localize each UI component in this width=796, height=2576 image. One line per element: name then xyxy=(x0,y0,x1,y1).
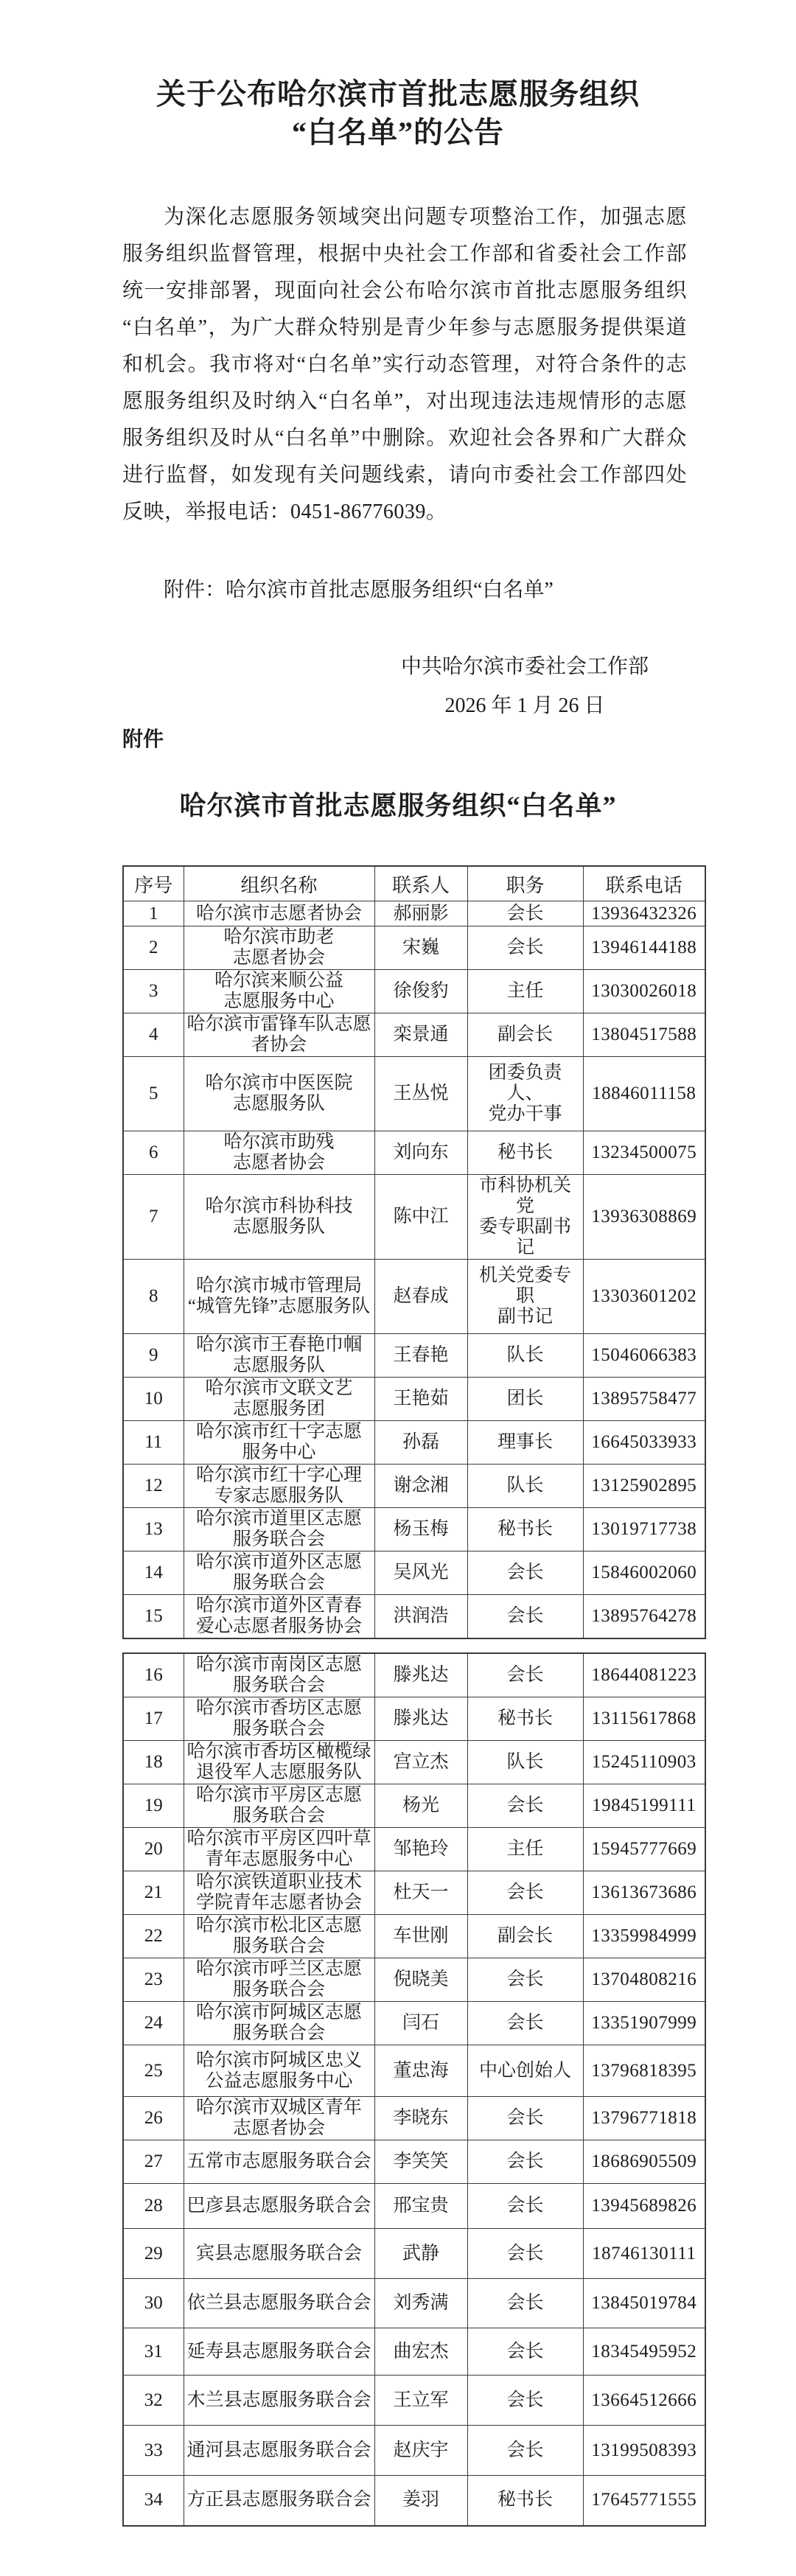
table-row: 3哈尔滨来顺公益 志愿服务中心徐俊豹主任13030026018 xyxy=(123,970,705,1013)
cell-contact: 王丛悦 xyxy=(374,1057,467,1131)
table-row: 2哈尔滨市助老 志愿者协会宋巍会长13946144188 xyxy=(123,926,705,970)
cell-contact: 宫立杰 xyxy=(374,1741,467,1784)
table-row: 27五常市志愿服务联合会李笑笑会长18686905509 xyxy=(123,2140,705,2184)
cell-contact: 宋巍 xyxy=(374,926,467,970)
table-row: 13哈尔滨市道里区志愿 服务联合会杨玉梅秘书长13019717738 xyxy=(123,1508,705,1551)
signature-block: 中共哈尔滨市委社会工作部 2026 年 1 月 26 日 xyxy=(401,647,649,725)
cell-phone: 13945689826 xyxy=(583,2184,705,2229)
cell-position: 会长 xyxy=(467,926,583,970)
cell-phone: 13125902895 xyxy=(583,1465,705,1508)
cell-contact: 姜羽 xyxy=(374,2476,467,2526)
cell-contact: 滕兆达 xyxy=(374,1653,467,1697)
cell-position: 会长 xyxy=(467,1653,583,1697)
cell-phone: 13796771818 xyxy=(583,2097,705,2140)
cell-phone: 15245110903 xyxy=(583,1741,705,1784)
cell-org: 哈尔滨市道外区青春 爱心志愿者服务协会 xyxy=(184,1595,374,1639)
attachment-label: 附件 xyxy=(122,727,796,752)
cell-position: 会长 xyxy=(467,2328,583,2376)
cell-phone: 16645033933 xyxy=(583,1421,705,1465)
cell-no: 7 xyxy=(123,1175,184,1260)
cell-no: 25 xyxy=(123,2045,184,2097)
cell-org: 哈尔滨市科协科技 志愿服务队 xyxy=(184,1175,374,1260)
cell-no: 17 xyxy=(123,1697,184,1741)
cell-contact: 栾景通 xyxy=(374,1013,467,1057)
cell-org: 宾县志愿服务联合会 xyxy=(184,2229,374,2279)
cell-phone: 13895758477 xyxy=(583,1378,705,1421)
cell-phone: 13030026018 xyxy=(583,970,705,1013)
cell-org: 方正县志愿服务联合会 xyxy=(184,2476,374,2526)
cell-phone: 13946144188 xyxy=(583,926,705,970)
cell-no: 9 xyxy=(123,1334,184,1378)
cell-org: 哈尔滨市道外区志愿 服务联合会 xyxy=(184,1551,374,1595)
cell-position: 副会长 xyxy=(467,1013,583,1057)
cell-no: 33 xyxy=(123,2426,184,2476)
whitelist-table-part-1: 序号组织名称联系人职务联系电话 1哈尔滨市志愿者协会郝丽影会长139364323… xyxy=(122,865,706,1639)
cell-no: 22 xyxy=(123,1915,184,1958)
header-position: 职务 xyxy=(467,866,583,901)
cell-org: 哈尔滨市平房区志愿 服务联合会 xyxy=(184,1784,374,1828)
cell-no: 3 xyxy=(123,970,184,1013)
table-row: 10哈尔滨市文联文艺 志愿服务团王艳茹团长13895758477 xyxy=(123,1378,705,1421)
table-row: 17哈尔滨市香坊区志愿 服务联合会滕兆达秘书长13115617868 xyxy=(123,1697,705,1741)
cell-org: 哈尔滨市双城区青年 志愿者协会 xyxy=(184,2097,374,2140)
attachment-reference: 附件：哈尔滨市首批志愿服务组织“白名单” xyxy=(122,572,687,609)
cell-contact: 谢念湘 xyxy=(374,1465,467,1508)
cell-contact: 刘秀满 xyxy=(374,2279,467,2328)
cell-no: 24 xyxy=(123,2002,184,2045)
table-row: 29宾县志愿服务联合会武静会长18746130111 xyxy=(123,2229,705,2279)
cell-contact: 王春艳 xyxy=(374,1334,467,1378)
cell-phone: 13613673686 xyxy=(583,1871,705,1915)
cell-org: 哈尔滨市红十字志愿 服务中心 xyxy=(184,1421,374,1465)
cell-org: 哈尔滨市南岗区志愿 服务联合会 xyxy=(184,1653,374,1697)
cell-org: 哈尔滨市中医医院 志愿服务队 xyxy=(184,1057,374,1131)
header-phone: 联系电话 xyxy=(583,866,705,901)
cell-no: 12 xyxy=(123,1465,184,1508)
cell-contact: 杨玉梅 xyxy=(374,1508,467,1551)
title-line-1: 关于公布哈尔滨市首批志愿服务组织 xyxy=(0,75,796,114)
cell-org: 延寿县志愿服务联合会 xyxy=(184,2328,374,2376)
table-header-row: 序号组织名称联系人职务联系电话 xyxy=(123,866,705,901)
cell-position: 秘书长 xyxy=(467,1131,583,1175)
cell-phone: 13664512666 xyxy=(583,2376,705,2426)
cell-position: 主任 xyxy=(467,1828,583,1871)
cell-no: 30 xyxy=(123,2279,184,2328)
cell-no: 8 xyxy=(123,1260,184,1334)
table-row: 1哈尔滨市志愿者协会郝丽影会长13936432326 xyxy=(123,901,705,926)
cell-phone: 13936308869 xyxy=(583,1175,705,1260)
document-page: 关于公布哈尔滨市首批志愿服务组织 “白名单”的公告 为深化志愿服务领域突出问题专… xyxy=(0,0,796,2576)
cell-contact: 洪润浩 xyxy=(374,1595,467,1639)
cell-position: 会长 xyxy=(467,2376,583,2426)
table-row: 25哈尔滨市阿城区忠义 公益志愿服务中心董忠海中心创始人13796818395 xyxy=(123,2045,705,2097)
table-row: 22哈尔滨市松北区志愿 服务联合会车世刚副会长13359984999 xyxy=(123,1915,705,1958)
cell-phone: 13895764278 xyxy=(583,1595,705,1639)
cell-phone: 18846011158 xyxy=(583,1057,705,1131)
cell-position: 秘书长 xyxy=(467,1697,583,1741)
cell-phone: 13936432326 xyxy=(583,901,705,926)
cell-no: 26 xyxy=(123,2097,184,2140)
cell-position: 会长 xyxy=(467,2002,583,2045)
cell-position: 秘书长 xyxy=(467,1508,583,1551)
cell-org: 哈尔滨市香坊区橄榄绿 退役军人志愿服务队 xyxy=(184,1741,374,1784)
cell-phone: 17645771555 xyxy=(583,2476,705,2526)
table-row: 18哈尔滨市香坊区橄榄绿 退役军人志愿服务队宫立杰队长15245110903 xyxy=(123,1741,705,1784)
cell-org: 哈尔滨市呼兰区志愿 服务联合会 xyxy=(184,1958,374,2002)
cell-no: 10 xyxy=(123,1378,184,1421)
cell-org: 哈尔滨来顺公益 志愿服务中心 xyxy=(184,970,374,1013)
table-title: 哈尔滨市首批志愿服务组织“白名单” xyxy=(0,789,796,823)
table-row: 5哈尔滨市中医医院 志愿服务队王丛悦团委负责人、 党办干事18846011158 xyxy=(123,1057,705,1131)
cell-no: 28 xyxy=(123,2184,184,2229)
cell-contact: 郝丽影 xyxy=(374,901,467,926)
cell-org: 哈尔滨市阿城区忠义 公益志愿服务中心 xyxy=(184,2045,374,2097)
cell-phone: 15046066383 xyxy=(583,1334,705,1378)
cell-no: 29 xyxy=(123,2229,184,2279)
cell-org: 哈尔滨市城市管理局 “城管先锋”志愿服务队 xyxy=(184,1260,374,1334)
cell-phone: 18686905509 xyxy=(583,2140,705,2184)
table-row: 28巴彦县志愿服务联合会邢宝贵会长13945689826 xyxy=(123,2184,705,2229)
cell-org: 哈尔滨市王春艳巾帼 志愿服务队 xyxy=(184,1334,374,1378)
cell-position: 会长 xyxy=(467,2426,583,2476)
cell-org: 哈尔滨市平房区四叶草 青年志愿服务中心 xyxy=(184,1828,374,1871)
cell-no: 23 xyxy=(123,1958,184,2002)
cell-org: 哈尔滨市香坊区志愿 服务联合会 xyxy=(184,1697,374,1741)
cell-contact: 董忠海 xyxy=(374,2045,467,2097)
cell-position: 中心创始人 xyxy=(467,2045,583,2097)
cell-contact: 邹艳玲 xyxy=(374,1828,467,1871)
cell-org: 哈尔滨铁道职业技术 学院青年志愿者协会 xyxy=(184,1871,374,1915)
cell-position: 会长 xyxy=(467,1958,583,2002)
cell-contact: 孙磊 xyxy=(374,1421,467,1465)
cell-position: 会长 xyxy=(467,2229,583,2279)
cell-no: 18 xyxy=(123,1741,184,1784)
table-row: 21哈尔滨铁道职业技术 学院青年志愿者协会杜天一会长13613673686 xyxy=(123,1871,705,1915)
cell-position: 队长 xyxy=(467,1334,583,1378)
cell-contact: 刘向东 xyxy=(374,1131,467,1175)
cell-org: 哈尔滨市助老 志愿者协会 xyxy=(184,926,374,970)
cell-phone: 13796818395 xyxy=(583,2045,705,2097)
cell-no: 4 xyxy=(123,1013,184,1057)
cell-contact: 杜天一 xyxy=(374,1871,467,1915)
cell-contact: 吴风光 xyxy=(374,1551,467,1595)
cell-no: 6 xyxy=(123,1131,184,1175)
header-no: 序号 xyxy=(123,866,184,901)
header-org: 组织名称 xyxy=(184,866,374,901)
table-row: 14哈尔滨市道外区志愿 服务联合会吴风光会长15846002060 xyxy=(123,1551,705,1595)
cell-position: 队长 xyxy=(467,1741,583,1784)
cell-contact: 车世刚 xyxy=(374,1915,467,1958)
table-row: 8哈尔滨市城市管理局 “城管先锋”志愿服务队赵春成机关党委专职 副书记13303… xyxy=(123,1260,705,1334)
cell-position: 副会长 xyxy=(467,1915,583,1958)
cell-no: 5 xyxy=(123,1057,184,1131)
cell-contact: 王立军 xyxy=(374,2376,467,2426)
cell-phone: 13845019784 xyxy=(583,2279,705,2328)
cell-position: 会长 xyxy=(467,1595,583,1639)
cell-contact: 赵庆宇 xyxy=(374,2426,467,2476)
cell-position: 会长 xyxy=(467,1551,583,1595)
cell-phone: 18345495952 xyxy=(583,2328,705,2376)
table-row: 4哈尔滨市雷锋车队志愿 者协会栾景通副会长13804517588 xyxy=(123,1013,705,1057)
cell-position: 秘书长 xyxy=(467,2476,583,2526)
cell-no: 11 xyxy=(123,1421,184,1465)
cell-org: 哈尔滨市雷锋车队志愿 者协会 xyxy=(184,1013,374,1057)
cell-position: 团长 xyxy=(467,1378,583,1421)
cell-position: 团委负责人、 党办干事 xyxy=(467,1057,583,1131)
cell-position: 队长 xyxy=(467,1465,583,1508)
cell-contact: 赵春成 xyxy=(374,1260,467,1334)
table-row: 31延寿县志愿服务联合会曲宏杰会长18345495952 xyxy=(123,2328,705,2376)
table-row: 24哈尔滨市阿城区志愿 服务联合会闫石会长13351907999 xyxy=(123,2002,705,2045)
cell-org: 哈尔滨市志愿者协会 xyxy=(184,901,374,926)
cell-phone: 13199508393 xyxy=(583,2426,705,2476)
cell-org: 哈尔滨市红十字心理 专家志愿服务队 xyxy=(184,1465,374,1508)
cell-no: 15 xyxy=(123,1595,184,1639)
cell-no: 19 xyxy=(123,1784,184,1828)
table-row: 7哈尔滨市科协科技 志愿服务队陈中江市科协机关党 委专职副书记139363088… xyxy=(123,1175,705,1260)
cell-contact: 李晓东 xyxy=(374,2097,467,2140)
cell-position: 会长 xyxy=(467,1871,583,1915)
issuer-name: 中共哈尔滨市委社会工作部 xyxy=(401,647,649,686)
cell-position: 会长 xyxy=(467,2279,583,2328)
table-row: 6哈尔滨市助残 志愿者协会刘向东秘书长13234500075 xyxy=(123,1131,705,1175)
cell-position: 会长 xyxy=(467,2184,583,2229)
cell-phone: 13351907999 xyxy=(583,2002,705,2045)
cell-no: 14 xyxy=(123,1551,184,1595)
cell-no: 27 xyxy=(123,2140,184,2184)
cell-org: 依兰县志愿服务联合会 xyxy=(184,2279,374,2328)
cell-org: 哈尔滨市文联文艺 志愿服务团 xyxy=(184,1378,374,1421)
cell-position: 理事长 xyxy=(467,1421,583,1465)
cell-position: 会长 xyxy=(467,2097,583,2140)
cell-org: 通河县志愿服务联合会 xyxy=(184,2426,374,2476)
cell-phone: 13115617868 xyxy=(583,1697,705,1741)
table-row: 32木兰县志愿服务联合会王立军会长13664512666 xyxy=(123,2376,705,2426)
cell-contact: 闫石 xyxy=(374,2002,467,2045)
cell-org: 哈尔滨市助残 志愿者协会 xyxy=(184,1131,374,1175)
table-header-row: 序号组织名称联系人职务联系电话 xyxy=(123,866,705,901)
table-row: 33通河县志愿服务联合会赵庆宇会长13199508393 xyxy=(123,2426,705,2476)
cell-phone: 13019717738 xyxy=(583,1508,705,1551)
table-row: 9哈尔滨市王春艳巾帼 志愿服务队王春艳队长15046066383 xyxy=(123,1334,705,1378)
cell-no: 31 xyxy=(123,2328,184,2376)
issue-date: 2026 年 1 月 26 日 xyxy=(401,686,649,725)
cell-contact: 王艳茹 xyxy=(374,1378,467,1421)
cell-contact: 曲宏杰 xyxy=(374,2328,467,2376)
table-row: 15哈尔滨市道外区青春 爱心志愿者服务协会洪润浩会长13895764278 xyxy=(123,1595,705,1639)
table-row: 11哈尔滨市红十字志愿 服务中心孙磊理事长16645033933 xyxy=(123,1421,705,1465)
title-line-2: “白名单”的公告 xyxy=(0,114,796,152)
cell-phone: 13804517588 xyxy=(583,1013,705,1057)
cell-no: 34 xyxy=(123,2476,184,2526)
cell-phone: 13704808216 xyxy=(583,1958,705,2002)
cell-no: 21 xyxy=(123,1871,184,1915)
cell-no: 2 xyxy=(123,926,184,970)
cell-contact: 杨光 xyxy=(374,1784,467,1828)
table-row: 23哈尔滨市呼兰区志愿 服务联合会倪晓美会长13704808216 xyxy=(123,1958,705,2002)
cell-position: 会长 xyxy=(467,1784,583,1828)
cell-phone: 18644081223 xyxy=(583,1653,705,1697)
cell-no: 20 xyxy=(123,1828,184,1871)
cell-no: 32 xyxy=(123,2376,184,2426)
table-row: 26哈尔滨市双城区青年 志愿者协会李晓东会长13796771818 xyxy=(123,2097,705,2140)
table-row: 19哈尔滨市平房区志愿 服务联合会杨光会长19845199111 xyxy=(123,1784,705,1828)
cell-phone: 15945777669 xyxy=(583,1828,705,1871)
cell-position: 市科协机关党 委专职副书记 xyxy=(467,1175,583,1260)
cell-phone: 19845199111 xyxy=(583,1784,705,1828)
cell-phone: 13359984999 xyxy=(583,1915,705,1958)
cell-org: 巴彦县志愿服务联合会 xyxy=(184,2184,374,2229)
cell-phone: 18746130111 xyxy=(583,2229,705,2279)
document-title: 关于公布哈尔滨市首批志愿服务组织 “白名单”的公告 xyxy=(0,75,796,152)
cell-phone: 13234500075 xyxy=(583,1131,705,1175)
cell-org: 木兰县志愿服务联合会 xyxy=(184,2376,374,2426)
cell-org: 哈尔滨市阿城区志愿 服务联合会 xyxy=(184,2002,374,2045)
cell-no: 13 xyxy=(123,1508,184,1551)
cell-position: 机关党委专职 副书记 xyxy=(467,1260,583,1334)
cell-position: 主任 xyxy=(467,970,583,1013)
whitelist-table-part-2: 16哈尔滨市南岗区志愿 服务联合会滕兆达会长1864408122317哈尔滨市香… xyxy=(122,1652,706,2527)
table-row: 16哈尔滨市南岗区志愿 服务联合会滕兆达会长18644081223 xyxy=(123,1653,705,1697)
table-row: 20哈尔滨市平房区四叶草 青年志愿服务中心邹艳玲主任15945777669 xyxy=(123,1828,705,1871)
cell-org: 五常市志愿服务联合会 xyxy=(184,2140,374,2184)
cell-phone: 15846002060 xyxy=(583,1551,705,1595)
cell-phone: 13303601202 xyxy=(583,1260,705,1334)
cell-org: 哈尔滨市松北区志愿 服务联合会 xyxy=(184,1915,374,1958)
table-row: 12哈尔滨市红十字心理 专家志愿服务队谢念湘队长13125902895 xyxy=(123,1465,705,1508)
cell-contact: 邢宝贵 xyxy=(374,2184,467,2229)
cell-position: 会长 xyxy=(467,2140,583,2184)
cell-contact: 李笑笑 xyxy=(374,2140,467,2184)
cell-contact: 滕兆达 xyxy=(374,1697,467,1741)
cell-position: 会长 xyxy=(467,901,583,926)
cell-no: 1 xyxy=(123,901,184,926)
cell-contact: 倪晓美 xyxy=(374,1958,467,2002)
table-row: 30依兰县志愿服务联合会刘秀满会长13845019784 xyxy=(123,2279,705,2328)
cell-contact: 陈中江 xyxy=(374,1175,467,1260)
cell-contact: 武静 xyxy=(374,2229,467,2279)
header-contact: 联系人 xyxy=(374,866,467,901)
table-row: 34方正县志愿服务联合会姜羽秘书长17645771555 xyxy=(123,2476,705,2526)
announcement-paragraph: 为深化志愿服务领域突出问题专项整治工作，加强志愿服务组织监督管理，根据中央社会工… xyxy=(122,199,687,531)
cell-org: 哈尔滨市道里区志愿 服务联合会 xyxy=(184,1508,374,1551)
cell-no: 16 xyxy=(123,1653,184,1697)
cell-contact: 徐俊豹 xyxy=(374,970,467,1013)
